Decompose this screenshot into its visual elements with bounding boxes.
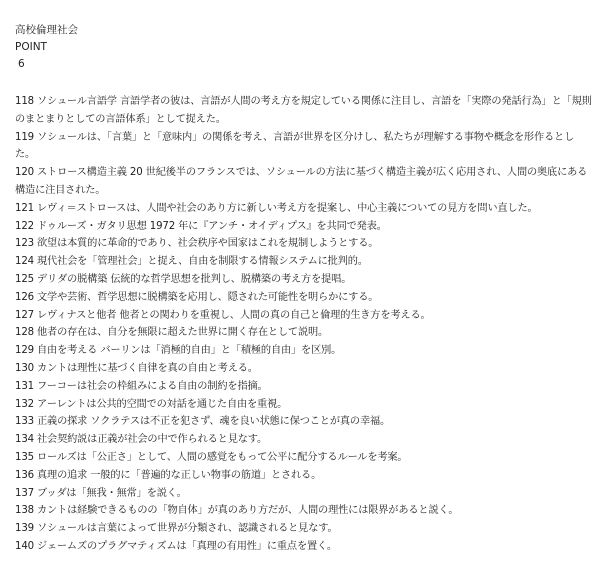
item-text: ドゥルーズ・ガタリ思想 1972 年に『アンチ・オイディプス』を共同で発表。	[37, 221, 387, 232]
item-number: 138	[15, 505, 34, 516]
item-number: 120	[15, 167, 34, 178]
document-header: 高校倫理社会 POINT 6	[15, 22, 593, 73]
item-text: ストロース構造主義 20 世紀後半のフランスでは、ソシュールの方法に基づく構造主…	[15, 167, 587, 196]
item-text: カントは経験できるものの「物自体」が真のあり方だが、人間の理性には限界があると説…	[37, 505, 458, 516]
item-number: 124	[15, 256, 34, 267]
item-text: 現代社会を「管理社会」と捉え、自由を制限する情報システムに批判的。	[37, 256, 368, 267]
list-item: 120ストロース構造主義 20 世紀後半のフランスでは、ソシュールの方法に基づく…	[15, 164, 593, 200]
list-item: 132アーレントは公共的空間での対話を通じた自由を重視。	[15, 396, 593, 414]
item-number: 119	[15, 132, 34, 143]
subject-title: 高校倫理社会	[15, 22, 593, 39]
item-text: カントは理性に基づく自律を真の自由と考える。	[37, 363, 258, 374]
item-number: 129	[15, 345, 34, 356]
list-item: 128他者の存在は、自分を無限に超えた世界に開く存在として説明。	[15, 324, 593, 342]
item-number: 125	[15, 274, 34, 285]
item-number: 118	[15, 96, 34, 107]
list-item: 136真理の追求 一般的に「普遍的な正しい物事の筋道」とされる。	[15, 467, 593, 485]
list-item: 137ブッダは「無我・無常」を説く。	[15, 485, 593, 503]
item-number: 136	[15, 470, 34, 481]
list-item: 129自由を考える バーリンは「消極的自由」と「積極的自由」を区別。	[15, 342, 593, 360]
item-number: 122	[15, 221, 34, 232]
item-number: 130	[15, 363, 34, 374]
item-text: 社会契約説は正義が社会の中で作られると見なす。	[37, 434, 267, 445]
list-item: 134社会契約説は正義が社会の中で作られると見なす。	[15, 431, 593, 449]
list-item: 127レヴィナスと他者 他者との関わりを重視し、人間の真の自己と倫理的生き方を考…	[15, 307, 593, 325]
list-item: 138カントは経験できるものの「物自体」が真のあり方だが、人間の理性には限界があ…	[15, 502, 593, 520]
list-item: 126文学や芸術、哲学思想に脱構築を応用し、隠された可能性を明らかにする。	[15, 289, 593, 307]
item-number: 133	[15, 416, 34, 427]
point-list: 118ソシュール言語学 言語学者の彼は、言語が人間の考え方を規定している関係に注…	[15, 93, 593, 556]
list-item: 125デリダの脱構築 伝統的な哲学思想を批判し、脱構築の考え方を提唱。	[15, 271, 593, 289]
item-text: ジェームズのプラグマティズムは「真理の有用性」に重点を置く。	[37, 541, 337, 552]
item-text: ブッダは「無我・無常」を説く。	[37, 488, 187, 499]
item-text: 自由を考える バーリンは「消極的自由」と「積極的自由」を区別。	[37, 345, 341, 356]
list-item: 140ジェームズのプラグマティズムは「真理の有用性」に重点を置く。	[15, 538, 593, 556]
list-item: 139ソシュールは言葉によって世界が分類され、認識されると見なす。	[15, 520, 593, 538]
list-item: 123欲望は本質的に革命的であり、社会秩序や国家はこれを規制しようとする。	[15, 235, 593, 253]
item-text: レヴィナスと他者 他者との関わりを重視し、人間の真の自己と倫理的生き方を考える。	[37, 310, 431, 321]
item-number: 123	[15, 238, 34, 249]
item-text: フーコーは社会の枠組みによる自由の制約を指摘。	[37, 381, 268, 392]
list-item: 135ロールズは「公正さ」として、人間の感覚をもって公平に配分するルールを考案。	[15, 449, 593, 467]
list-item: 122ドゥルーズ・ガタリ思想 1972 年に『アンチ・オイディプス』を共同で発表…	[15, 218, 593, 236]
item-number: 128	[15, 327, 34, 338]
item-number: 137	[15, 488, 34, 499]
list-item: 119ソシュールは、「言葉」と「意味内」の関係を考え、言語が世界を区分けし、私た…	[15, 129, 593, 165]
item-number: 131	[15, 381, 34, 392]
list-item: 121レヴィ＝ストロースは、人間や社会のあり方に新しい考え方を提案し、中心主義に…	[15, 200, 593, 218]
item-text: 他者の存在は、自分を無限に超えた世界に開く存在として説明。	[37, 327, 328, 338]
item-text: ソシュール言語学 言語学者の彼は、言語が人間の考え方を規定している関係に注目し、…	[15, 96, 592, 125]
list-item: 124現代社会を「管理社会」と捉え、自由を制限する情報システムに批判的。	[15, 253, 593, 271]
point-label: POINT	[15, 39, 593, 56]
list-item: 118ソシュール言語学 言語学者の彼は、言語が人間の考え方を規定している関係に注…	[15, 93, 593, 129]
item-text: 文学や芸術、哲学思想に脱構築を応用し、隠された可能性を明らかにする。	[37, 292, 378, 303]
item-number: 121	[15, 203, 34, 214]
list-item: 131フーコーは社会の枠組みによる自由の制約を指摘。	[15, 378, 593, 396]
item-number: 132	[15, 399, 34, 410]
document-page: 高校倫理社会 POINT 6 118ソシュール言語学 言語学者の彼は、言語が人間…	[15, 22, 593, 556]
item-text: デリダの脱構築 伝統的な哲学思想を批判し、脱構築の考え方を提唱。	[37, 274, 351, 285]
item-text: ロールズは「公正さ」として、人間の感覚をもって公平に配分するルールを考案。	[37, 452, 407, 463]
item-number: 140	[15, 541, 34, 552]
item-text: 真理の追求 一般的に「普遍的な正しい物事の筋道」とされる。	[37, 470, 321, 481]
item-number: 135	[15, 452, 34, 463]
item-text: ソシュールは言葉によって世界が分類され、認識されると見なす。	[37, 523, 338, 534]
item-number: 127	[15, 310, 34, 321]
item-number: 126	[15, 292, 34, 303]
item-text: 正義の探求 ソクラテスは不正を犯さず、魂を良い状態に保つことが真の幸福。	[37, 416, 390, 427]
item-text: レヴィ＝ストロースは、人間や社会のあり方に新しい考え方を提案し、中心主義について…	[37, 203, 538, 214]
point-number: 6	[15, 56, 593, 73]
item-number: 139	[15, 523, 34, 534]
item-text: ソシュールは、「言葉」と「意味内」の関係を考え、言語が世界を区分けし、私たちが理…	[15, 132, 574, 161]
list-item: 133正義の探求 ソクラテスは不正を犯さず、魂を良い状態に保つことが真の幸福。	[15, 413, 593, 431]
item-text: アーレントは公共的空間での対話を通じた自由を重視。	[37, 399, 287, 410]
item-number: 134	[15, 434, 34, 445]
item-text: 欲望は本質的に革命的であり、社会秩序や国家はこれを規制しようとする。	[37, 238, 378, 249]
list-item: 130カントは理性に基づく自律を真の自由と考える。	[15, 360, 593, 378]
